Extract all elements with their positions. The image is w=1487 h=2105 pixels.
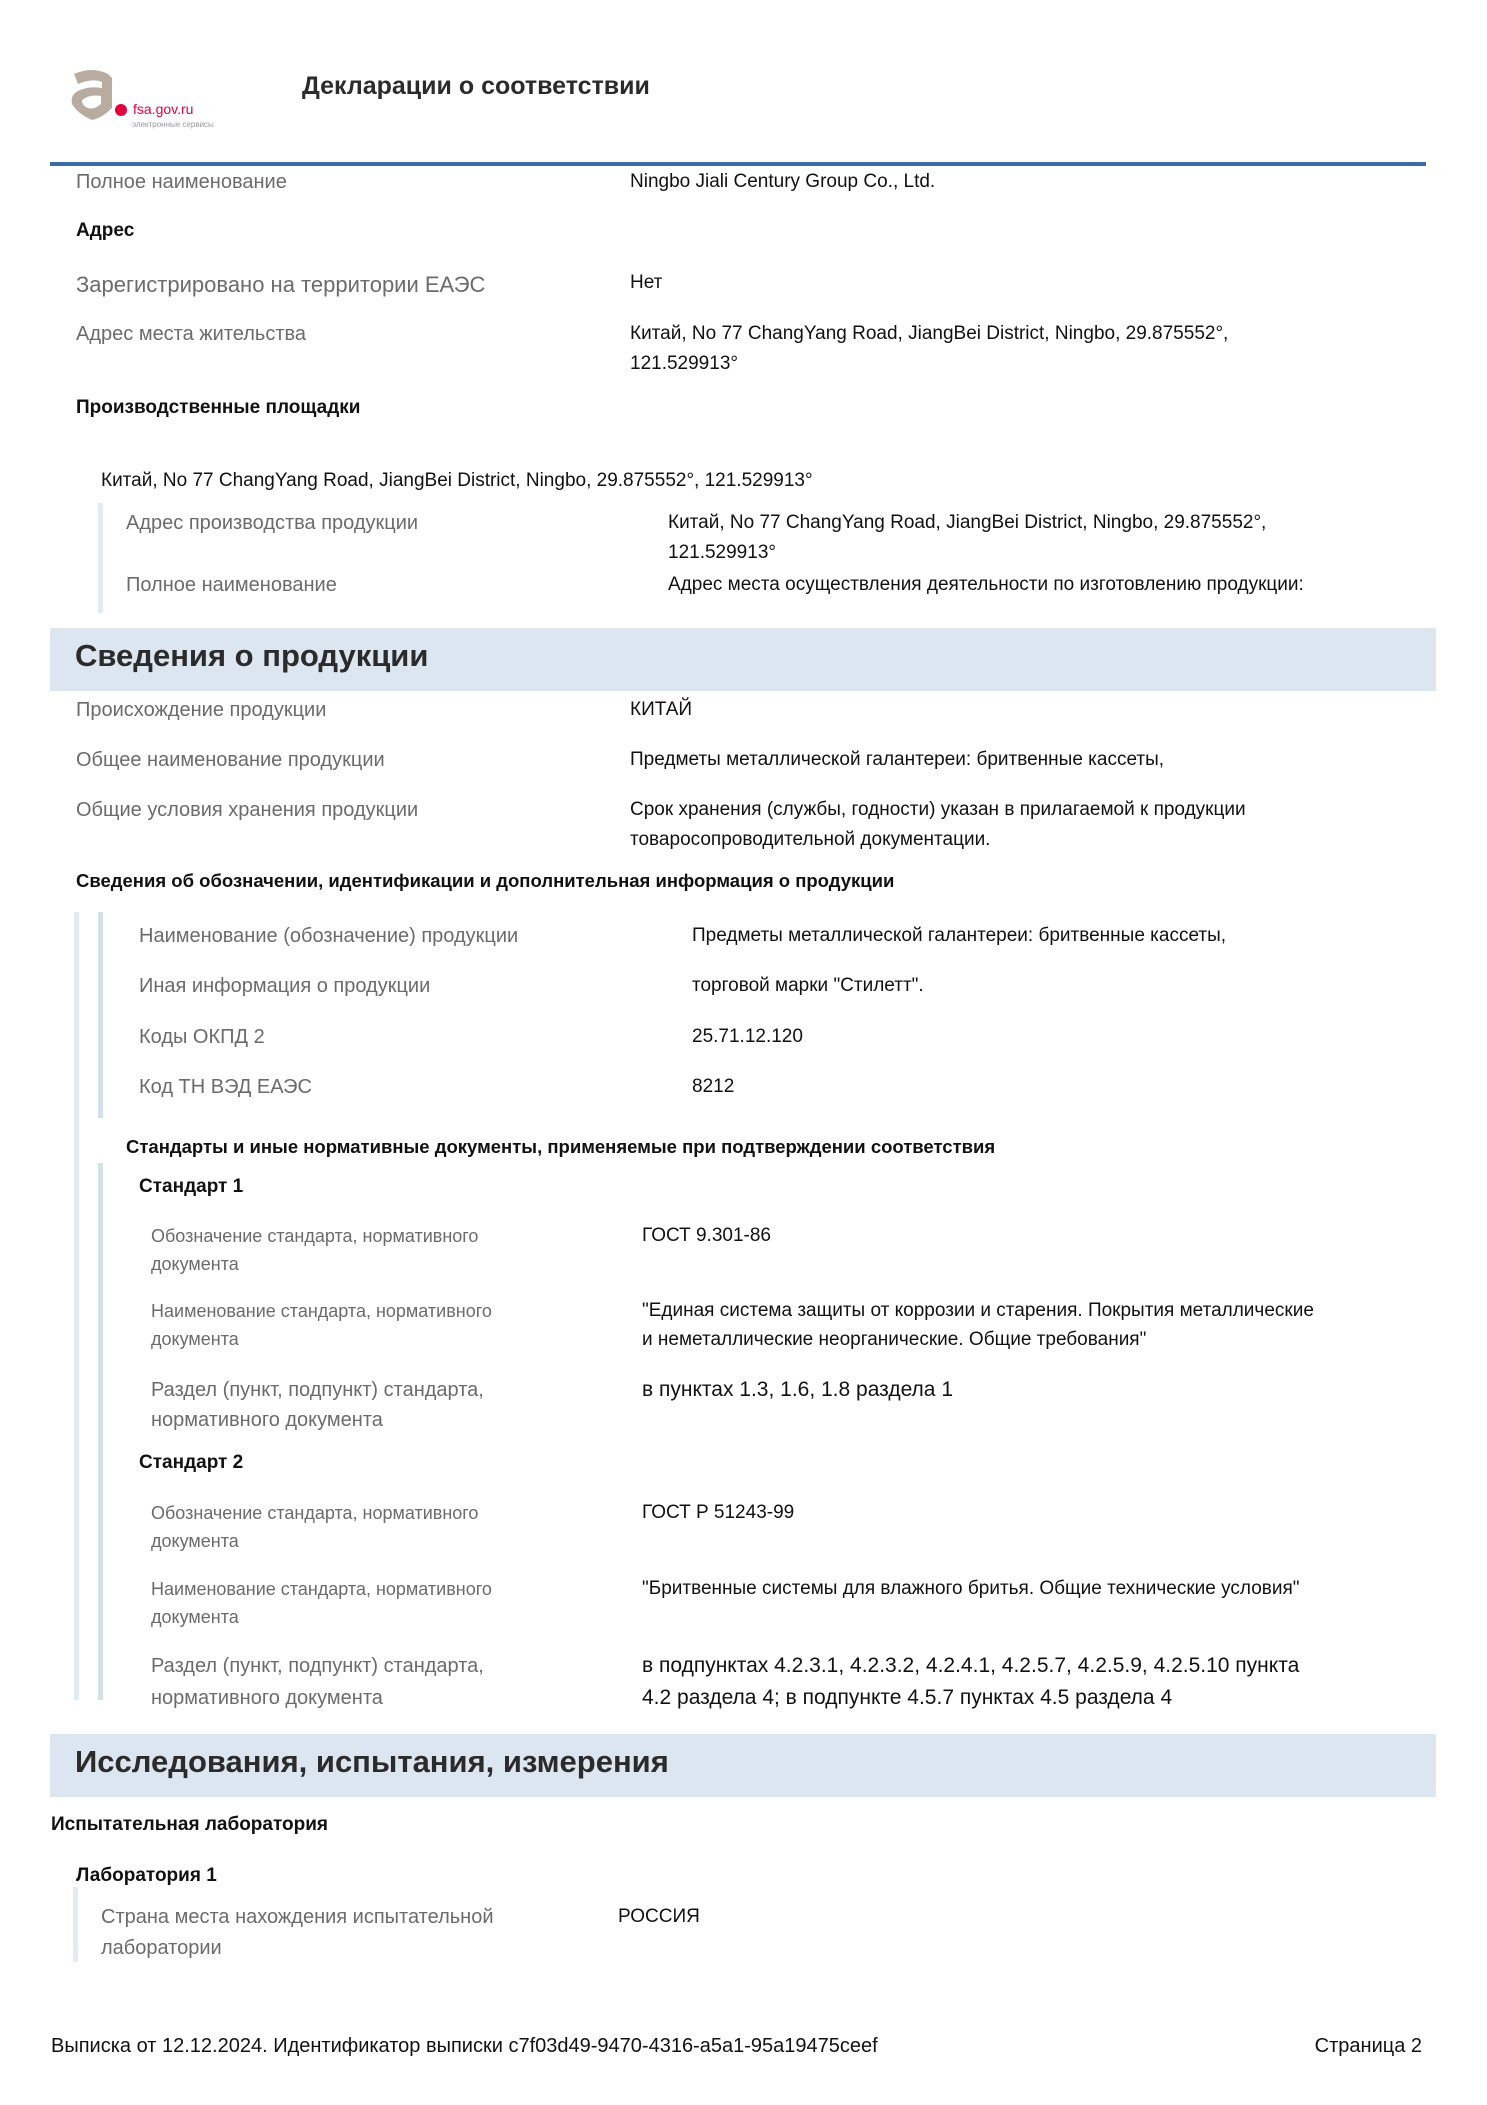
storage-label: Общие условия хранения продукции [76,795,418,825]
header-divider [50,162,1426,166]
id-row-label: Наименование (обозначение) продукции [139,921,518,951]
std2-designation-label-2: документа [151,1527,239,1555]
product-section-title: Сведения о продукции [75,638,428,674]
production-name-label: Полное наименование [126,570,337,600]
research-section-title: Исследования, испытания, измерения [75,1744,669,1780]
production-address-label: Адрес производства продукции [126,508,418,538]
std1-designation-label-2: документа [151,1250,239,1278]
production-sites-heading: Производственные площадки [76,397,360,419]
standards-bar [98,1163,103,1700]
residence-value-line2: 121.529913° [630,349,738,379]
std2-designation-label-1: Обозначение стандарта, нормативного [151,1499,478,1527]
production-name-value: Адрес места осуществления деятельности п… [668,570,1304,600]
id-row-label: Коды ОКПД 2 [139,1022,265,1052]
std2-name-label-2: документа [151,1603,239,1631]
std1-section-label-1: Раздел (пункт, подпункт) стандарта, [151,1375,484,1405]
general-name-label: Общее наименование продукции [76,745,385,775]
lab-heading: Испытательная лаборатория [51,1814,328,1836]
fsa-logo-icon [68,68,116,120]
registered-label: Зарегистрировано на территории ЕАЭС [76,270,485,300]
registered-value: Нет [630,268,662,298]
std2-section-value-1: в подпунктах 4.2.3.1, 4.2.3.2, 4.2.4.1, … [642,1650,1299,1682]
page-title: Декларации о соответствии [302,72,650,101]
id-row-value: торговой марки "Стилетт". [692,971,924,1001]
identification-heading: Сведения об обозначении, идентификации и… [76,870,894,892]
id-row-value: 8212 [692,1072,734,1102]
full-name-value: Ningbo Jiali Century Group Co., Ltd. [630,167,935,197]
standard-1-title: Стандарт 1 [139,1176,243,1198]
std1-name-value-1: "Единая система защиты от коррозии и ста… [642,1296,1314,1326]
address-heading: Адрес [76,220,134,242]
identification-outer-bar [74,912,79,1700]
std2-section-label-1: Раздел (пункт, подпункт) стандарта, [151,1651,484,1681]
residence-label: Адрес места жительства [76,319,306,349]
std1-name-value-2: и неметаллические неорганические. Общие … [642,1325,1146,1355]
general-name-value: Предметы металлической галантереи: бритв… [630,745,1164,775]
logo-site-text: fsa.gov.ru [133,101,193,117]
origin-label: Происхождение продукции [76,695,326,725]
std1-section-label-2: нормативного документа [151,1405,383,1435]
origin-value: КИТАЙ [630,695,692,725]
lab-bar [73,1887,78,1962]
id-row-value: Предметы металлической галантереи: бритв… [692,921,1226,951]
std2-section-value-2: 4.2 раздела 4; в подпункте 4.5.7 пунктах… [642,1682,1172,1714]
storage-value-line2: товаросопроводительной документации. [630,825,990,855]
logo-dot-icon [115,104,127,116]
lab-country-label-2: лаборатории [101,1933,222,1963]
std1-name-label-1: Наименование стандарта, нормативного [151,1297,492,1325]
lab-title: Лаборатория 1 [76,1865,217,1887]
std2-name-value-1: "Бритвенные системы для влажного бритья.… [642,1574,1300,1604]
product-section-header: Сведения о продукции [50,628,1436,691]
full-name-label: Полное наименование [76,167,287,197]
research-section-header: Исследования, испытания, измерения [50,1734,1436,1797]
fsa-logo[interactable]: fsa.gov.ru электронные сервисы [68,68,268,138]
std1-name-label-2: документа [151,1325,239,1353]
production-address-value-line1: Китай, No 77 ChangYang Road, JiangBei Di… [668,508,1266,538]
std2-section-label-2: нормативного документа [151,1683,383,1713]
standards-heading: Стандарты и иные нормативные документы, … [126,1136,995,1158]
residence-value-line1: Китай, No 77 ChangYang Road, JiangBei Di… [630,319,1228,349]
std1-designation-label-1: Обозначение стандарта, нормативного [151,1222,478,1250]
identification-inner-bar [98,912,103,1118]
lab-country-label-1: Страна места нахождения испытательной [101,1902,494,1932]
footer-extract-text: Выписка от 12.12.2024. Идентификатор вып… [51,2031,878,2061]
production-site-title: Китай, No 77 ChangYang Road, JiangBei Di… [101,466,813,496]
logo-subtitle: электронные сервисы [132,120,214,129]
id-row-label: Код ТН ВЭД ЕАЭС [139,1072,312,1102]
footer-page-number: Страница 2 [1315,2031,1422,2061]
std2-name-label-1: Наименование стандарта, нормативного [151,1575,492,1603]
storage-value-line1: Срок хранения (службы, годности) указан … [630,795,1246,825]
lab-country-value: РОССИЯ [618,1902,700,1932]
id-row-value: 25.71.12.120 [692,1022,803,1052]
std2-designation-value: ГОСТ Р 51243-99 [642,1498,794,1528]
std1-designation-value: ГОСТ 9.301-86 [642,1221,771,1251]
standard-2-title: Стандарт 2 [139,1452,243,1474]
production-address-value-line2: 121.529913° [668,538,776,568]
production-site-bar [98,503,103,613]
id-row-label: Иная информация о продукции [139,971,430,1001]
std1-section-value-1: в пунктах 1.3, 1.6, 1.8 раздела 1 [642,1374,953,1406]
